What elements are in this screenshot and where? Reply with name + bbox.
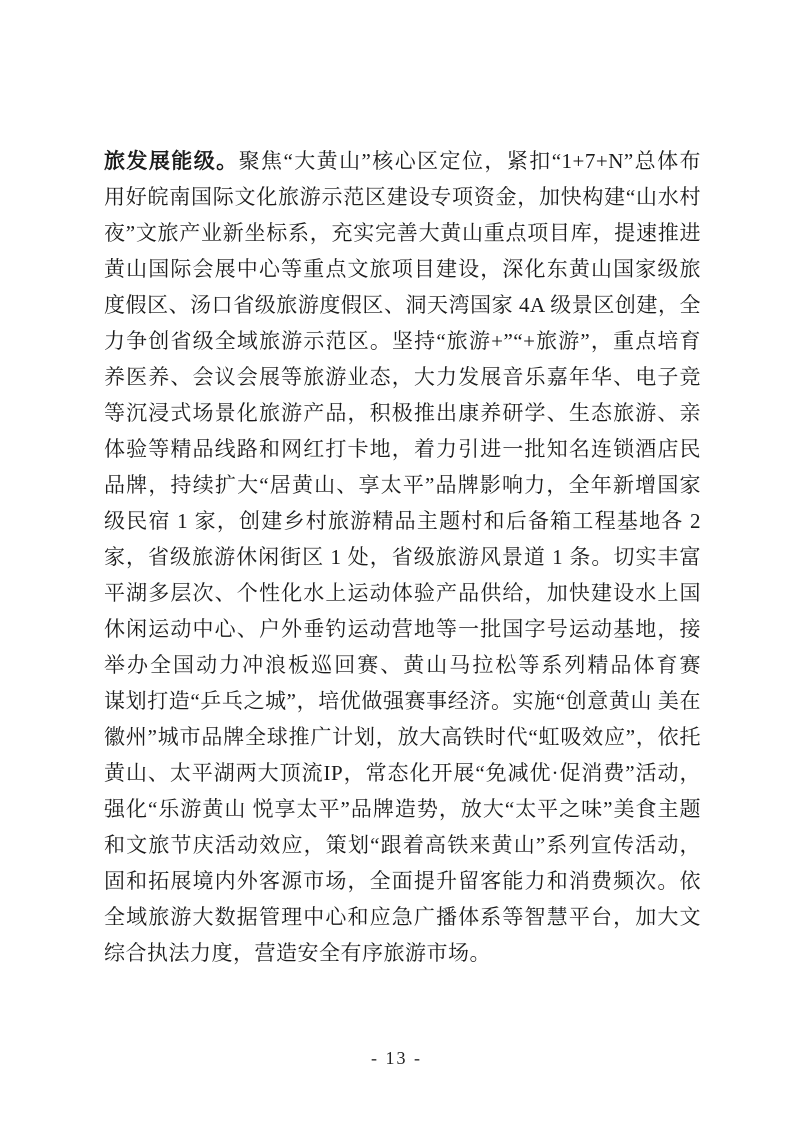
paragraph-line: 级民宿 1 家，创建乡村旅游精品主题村和后备箱工程基地各 2 xyxy=(104,503,701,539)
paragraph-line: 强化“乐游黄山 悦享太平”品牌造势，放大“太平之味”美食主题 xyxy=(104,791,701,827)
paragraph-line: 谋划打造“乒乓之城”，培优做强赛事经济。实施“创意黄山 美在 xyxy=(104,683,701,719)
paragraph-line: 度假区、汤口省级旅游度假区、洞天湾国家 4A 级景区创建，全 xyxy=(104,287,701,323)
paragraph-line: 品牌，持续扩大“居黄山、享太平”品牌影响力，全年新增国家等 xyxy=(104,467,701,503)
paragraph-line: 黄山国际会展中心等重点文旅项目建设，深化东黄山国家级旅游 xyxy=(104,251,701,287)
page-number: - 13 - xyxy=(0,1048,793,1069)
paragraph-line: 平湖多层次、个性化水上运动体验产品供给，加快建设水上国民 xyxy=(104,575,701,611)
paragraph-line: 用好皖南国际文化旅游示范区建设专项资金，加快构建“山水村 xyxy=(104,179,701,215)
paragraph-line-first: 旅发展能级。聚焦“大黄山”核心区定位，紧扣“1+7+N”总体布局， xyxy=(104,143,701,179)
paragraph-line-last: 综合执法力度，营造安全有序旅游市场。 xyxy=(104,935,701,971)
paragraph-line: 和文旅节庆活动效应，策划“跟着高铁来黄山”系列宣传活动，巩 xyxy=(104,827,701,863)
paragraph: 旅发展能级。聚焦“大黄山”核心区定位，紧扣“1+7+N”总体布局， 用好皖南国际… xyxy=(104,143,701,971)
paragraph-line: 举办全国动力冲浪板巡回赛、黄山马拉松等系列精品体育赛事， xyxy=(104,647,701,683)
paragraph-line: 力争创省级全域旅游示范区。坚持“旅游+”“+旅游”，重点培育康 xyxy=(104,323,701,359)
paragraph-line: 家，省级旅游休闲街区 1 处，省级旅游风景道 1 条。切实丰富太 xyxy=(104,539,701,575)
paragraph-line: 夜”文旅产业新坐标系，充实完善大黄山重点项目库，提速推进 xyxy=(104,215,701,251)
paragraph-line: 固和拓展境内外客源市场，全面提升留客能力和消费频次。依托 xyxy=(104,863,701,899)
document-page: 旅发展能级。聚焦“大黄山”核心区定位，紧扣“1+7+N”总体布局， 用好皖南国际… xyxy=(0,0,793,1122)
bold-lead-text: 旅发展能级。 xyxy=(104,149,239,173)
paragraph-line: 黄山、太平湖两大顶流IP，常态化开展“免减优·促消费”活动， xyxy=(104,755,701,791)
paragraph-line: 休闲运动中心、户外垂钓运动营地等一批国字号运动基地，接续 xyxy=(104,611,701,647)
paragraph-line: 体验等精品线路和网红打卡地，着力引进一批知名连锁酒店民宿 xyxy=(104,431,701,467)
paragraph-line: 养医养、会议会展等旅游业态，大力发展音乐嘉年华、电子竞技 xyxy=(104,359,701,395)
paragraph-line: 全域旅游大数据管理中心和应急广播体系等智慧平台，加大文旅 xyxy=(104,899,701,935)
paragraph-line: 徽州”城市品牌全球推广计划，放大高铁时代“虹吸效应”，依托 xyxy=(104,719,701,755)
paragraph-line: 等沉浸式场景化旅游产品，积极推出康养研学、生态旅游、亲子 xyxy=(104,395,701,431)
